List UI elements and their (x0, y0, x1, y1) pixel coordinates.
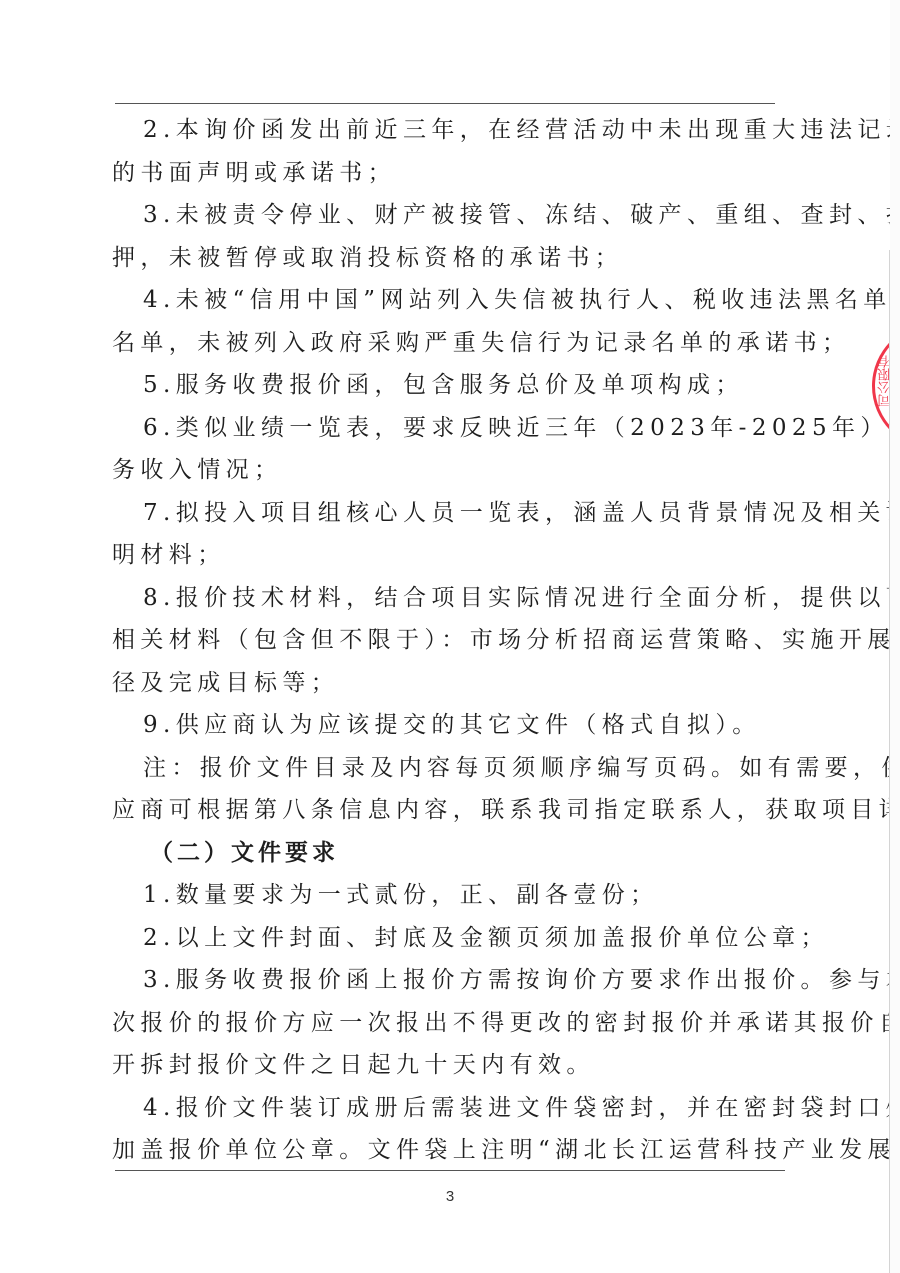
header-rule (115, 103, 775, 104)
text-line: 名单，未被列入政府采购严重失信行为记录名单的承诺书； (112, 322, 812, 365)
text-line: 明材料； (112, 534, 812, 577)
note-line: 注：报价文件目录及内容每页须顺序编写页码。如有需要，供 (112, 747, 812, 790)
text-line: 4.未被“信用中国”网站列入失信被执行人、税收违法黑名单 (112, 279, 812, 322)
text-line: 押，未被暂停或取消投标资格的承诺书； (112, 237, 812, 280)
text-line: 3.未被责令停业、财产被接管、冻结、破产、重组、查封、扣 (112, 194, 812, 237)
text-line: 7.拟投入项目组核心人员一览表，涵盖人员背景情况及相关证 (112, 492, 812, 535)
footer-rule (115, 1170, 785, 1171)
text-line: 2.本询价函发出前近三年，在经营活动中未出现重大违法记录 (112, 109, 812, 152)
text-line: 的书面声明或承诺书； (112, 152, 812, 195)
text-line: 1.数量要求为一式贰份，正、副各壹份； (112, 874, 812, 917)
text-line: 2.以上文件封面、封底及金额页须加盖报价单位公章； (112, 917, 812, 960)
seal-text: 司公限有 (876, 355, 890, 407)
text-line: 务收入情况； (112, 449, 812, 492)
section-heading: （二）文件要求 (112, 832, 812, 875)
text-line: 4.报价文件装订成册后需装进文件袋密封，并在密封袋封口处 (112, 1087, 812, 1130)
page-number: 3 (0, 1188, 900, 1205)
text-line: 径及完成目标等； (112, 662, 812, 705)
page-margin-outside (890, 0, 900, 1273)
document-page: 2.本询价函发出前近三年，在经营活动中未出现重大违法记录 的书面声明或承诺书； … (0, 0, 890, 1273)
text-line: 6.类似业绩一览表，要求反映近三年（2023年-2025年）公司业 (112, 407, 812, 450)
text-line: 3.服务收费报价函上报价方需按询价方要求作出报价。参与本 (112, 959, 812, 1002)
text-line: 相关材料（包含但不限于）：市场分析招商运营策略、实施开展路 (112, 619, 812, 662)
text-line: 加盖报价单位公章。文件袋上注明“湖北长江运营科技产业发展有 (112, 1129, 812, 1172)
text-line: 次报价的报价方应一次报出不得更改的密封报价并承诺其报价自公 (112, 1002, 812, 1045)
text-line: 9.供应商认为应该提交的其它文件（格式自拟）。 (112, 704, 812, 747)
body-text: 2.本询价函发出前近三年，在经营活动中未出现重大违法记录 的书面声明或承诺书； … (112, 109, 812, 1172)
note-line: 应商可根据第八条信息内容，联系我司指定联系人，获取项目详情。 (112, 789, 812, 832)
text-line: 开拆封报价文件之日起九十天内有效。 (112, 1044, 812, 1087)
text-line: 5.服务收费报价函，包含服务总价及单项构成； (112, 364, 812, 407)
text-line: 8.报价技术材料，结合项目实际情况进行全面分析，提供以下 (112, 577, 812, 620)
